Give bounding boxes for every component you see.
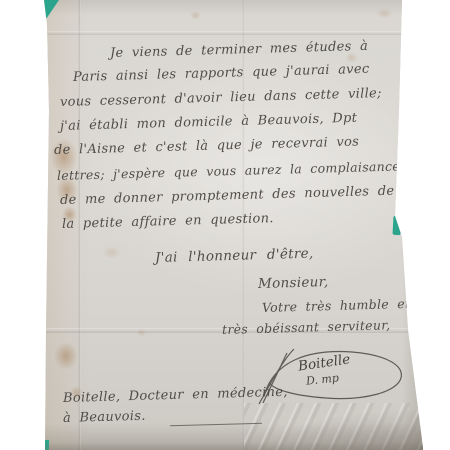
stain-spot [376,8,393,19]
stain-spot [190,11,201,20]
backdrop-patch-right [393,216,402,235]
fold-line-horizontal [44,31,424,35]
page-background: Je viens de terminer mes études à Paris … [0,0,450,450]
closing-line: Monsieur, [258,274,329,292]
stain-spot [102,246,121,259]
paper-edge-shadow [44,442,424,450]
letter-photo: Je viens de terminer mes études à Paris … [44,0,424,450]
stain-spot [136,328,147,337]
stain-spot [54,342,78,370]
docket-line: à Beauvois. [63,409,146,426]
